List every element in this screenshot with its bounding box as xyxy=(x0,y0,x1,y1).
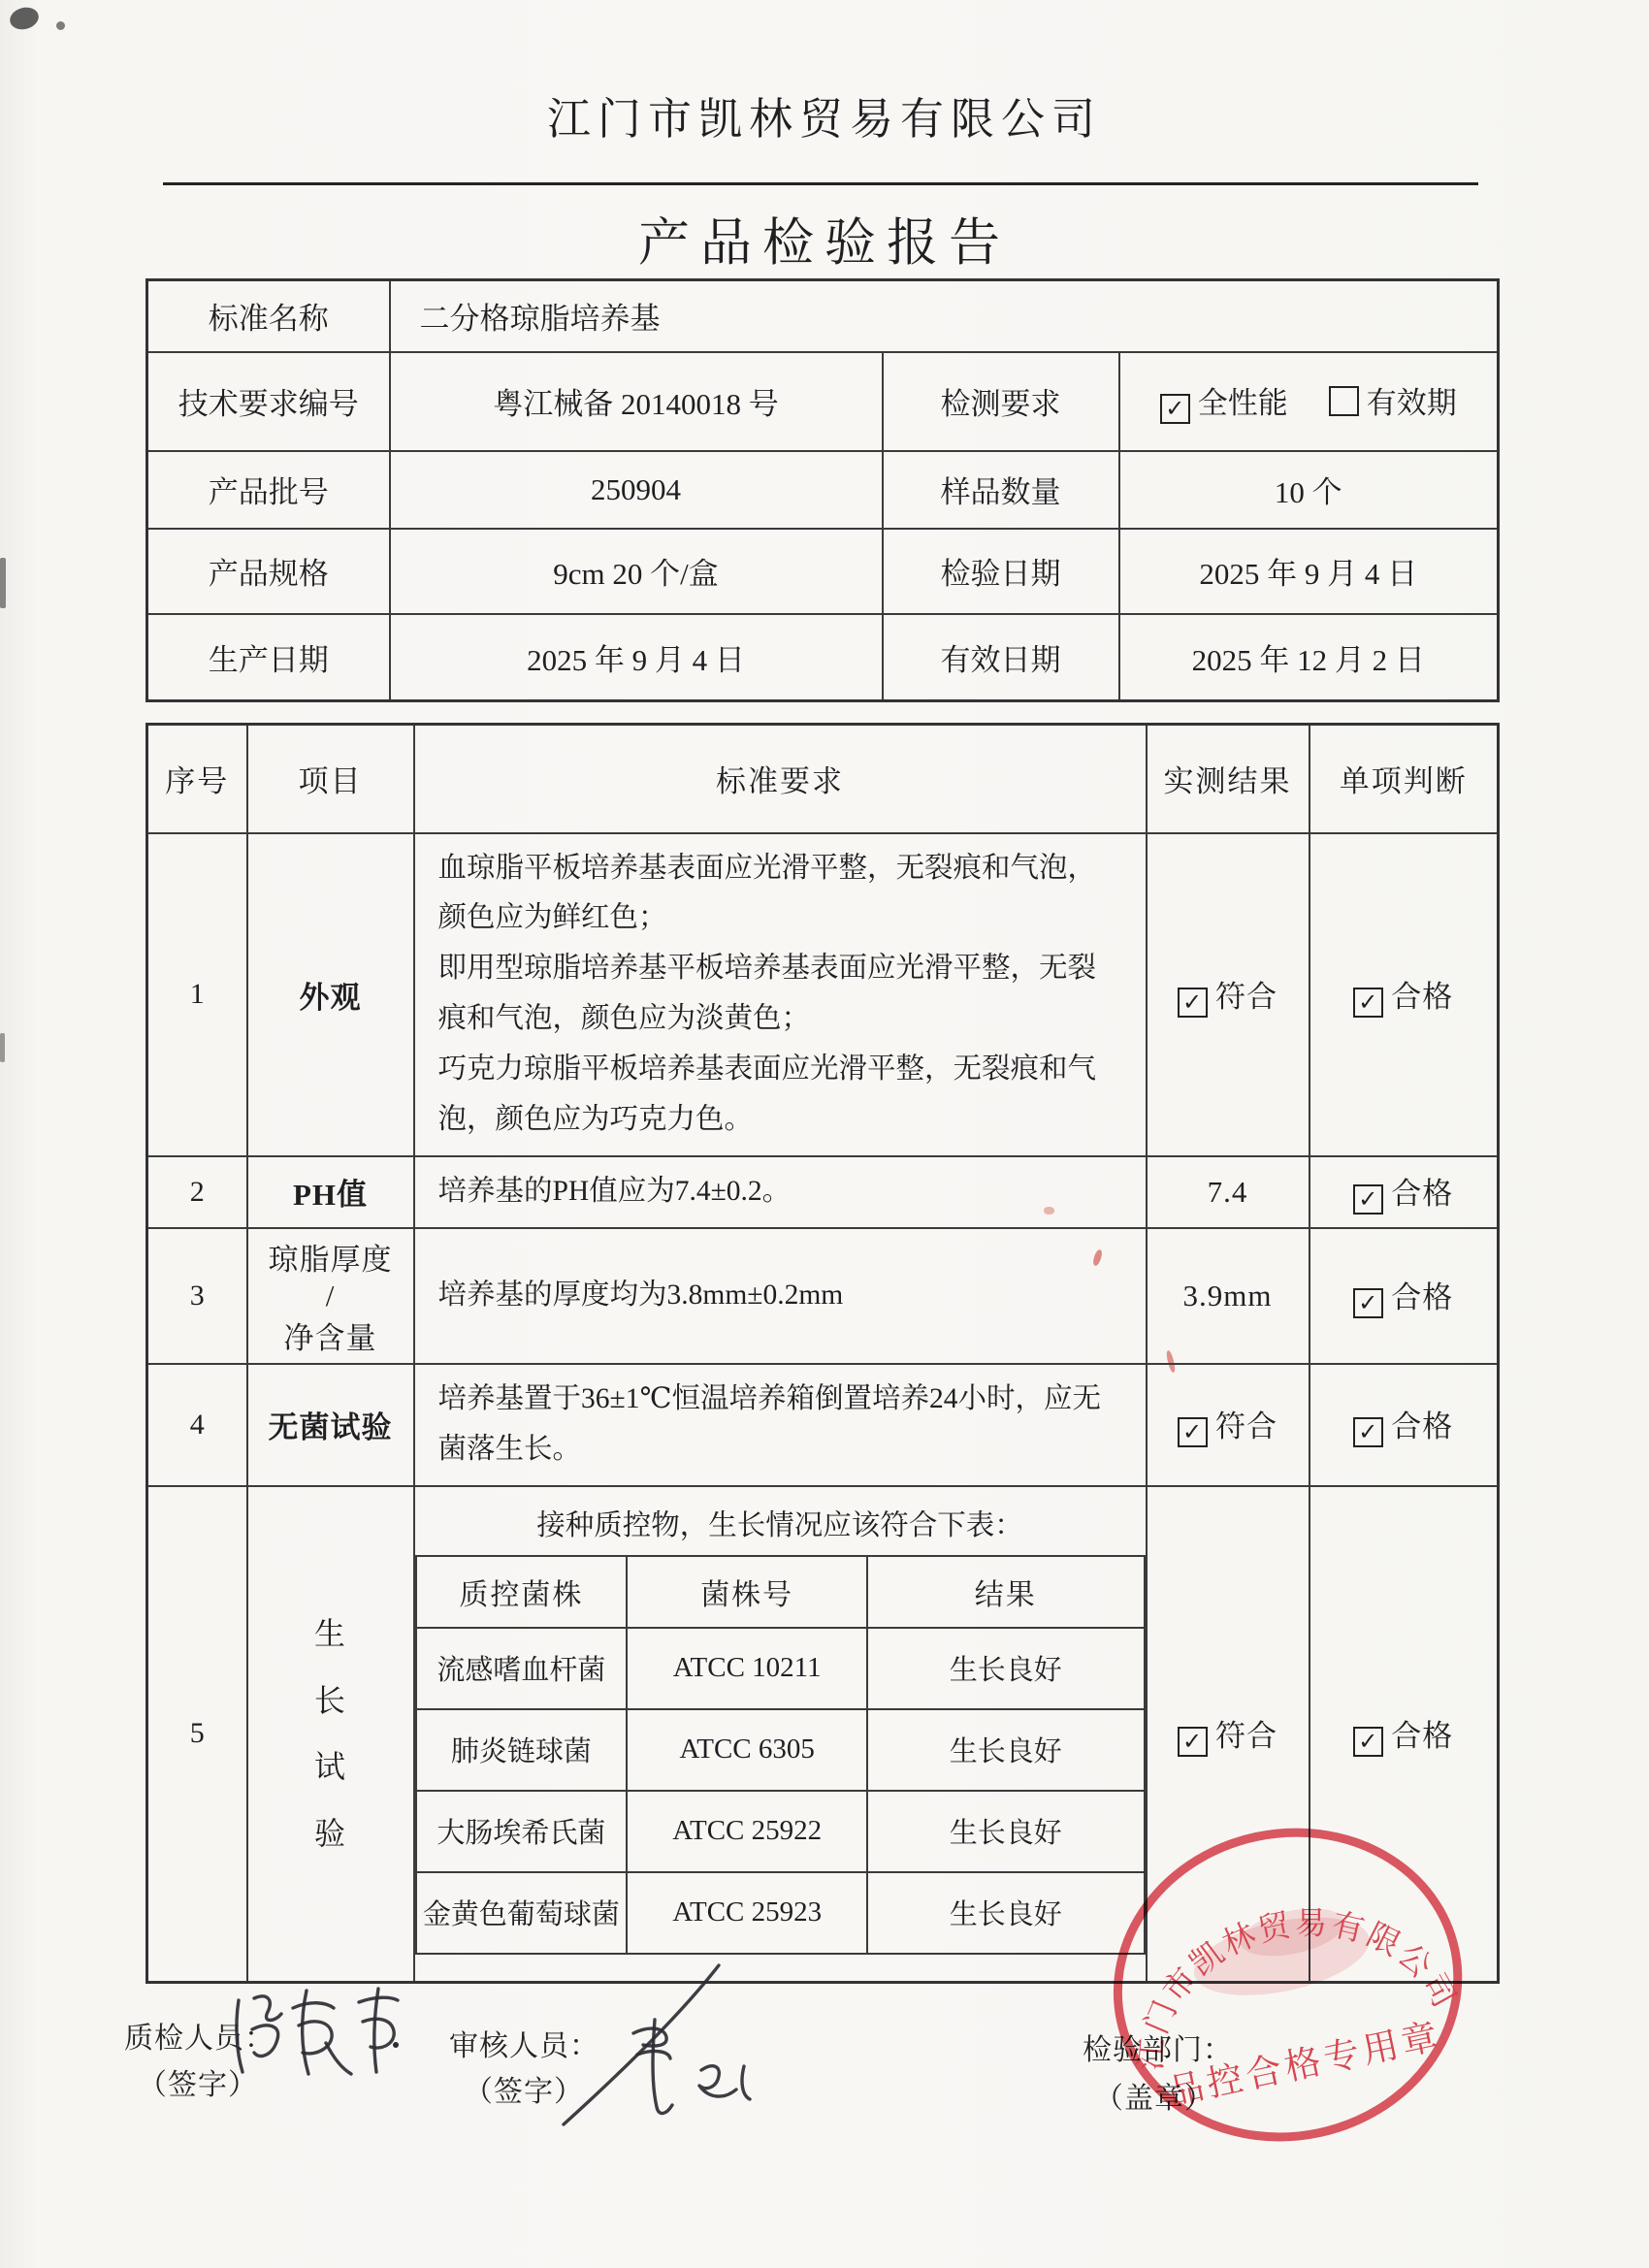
field-value: 二分格琼脂培养基 xyxy=(390,280,1499,352)
judgement-result: ✓合格 xyxy=(1309,833,1499,1156)
table-row: 2 PH值 培养基的PH值应为7.4±0.2。 7.4 ✓合格 xyxy=(147,1156,1499,1228)
table-row: 标准名称 二分格琼脂培养基 xyxy=(147,280,1499,352)
field-label: 样品数量 xyxy=(883,451,1119,529)
row-number: 4 xyxy=(147,1364,247,1486)
table-header-row: 序号 项目 标准要求 实测结果 单项判断 xyxy=(147,725,1499,833)
stamp-center-text: 品控合格专用章 xyxy=(1164,2016,1444,2114)
product-info-table: 标准名称 二分格琼脂培养基 技术要求编号 粤江械备 20140018 号 检测要… xyxy=(145,278,1500,702)
requirement-text: 血琼脂平板培养基表面应光滑平整，无裂痕和气泡，颜色应为鲜红色； 即用型琼脂培养基… xyxy=(414,833,1147,1156)
item-name: 外观 xyxy=(247,833,414,1156)
item-name: 生长试验 xyxy=(247,1486,414,1983)
requirement-text: 培养基的PH值应为7.4±0.2。 xyxy=(414,1156,1147,1228)
field-label: 有效日期 xyxy=(883,614,1119,701)
column-header: 单项判断 xyxy=(1309,725,1499,833)
measured-result: 3.9mm xyxy=(1147,1228,1309,1364)
field-label: 检验日期 xyxy=(883,529,1119,614)
field-value: 250904 xyxy=(390,451,883,529)
table-row: 大肠埃希氏菌 ATCC 25922 生长良好 xyxy=(416,1791,1145,1872)
checkbox-checked-icon: ✓ xyxy=(1353,1184,1383,1215)
field-value: 9cm 20 个/盒 xyxy=(390,529,883,614)
requirement-text: 培养基的厚度均为3.8mm±0.2mm xyxy=(414,1228,1147,1364)
requirement-text: 培养基置于36±1℃恒温培养箱倒置培养24小时，应无菌落生长。 xyxy=(414,1364,1147,1486)
scan-artifact xyxy=(8,4,42,32)
field-label: 标准名称 xyxy=(147,280,390,352)
measured-result: ✓符合 xyxy=(1147,833,1309,1156)
column-header: 序号 xyxy=(147,725,247,833)
judgement-result: ✓合格 xyxy=(1309,1228,1499,1364)
reviewer-signature xyxy=(529,1961,766,2138)
table-row: 肺炎链球菌 ATCC 6305 生长良好 xyxy=(416,1709,1145,1791)
column-header: 菌株号 xyxy=(627,1556,867,1628)
row-number: 2 xyxy=(147,1156,247,1228)
row-number: 5 xyxy=(147,1486,247,1983)
field-label: 检测要求 xyxy=(883,352,1119,451)
checkbox-checked-icon: ✓ xyxy=(1178,1417,1208,1447)
strain-code: ATCC 10211 xyxy=(627,1628,867,1709)
requirement-text: 接种质控物，生长情况应该符合下表： xyxy=(415,1487,1146,1555)
checkbox-checked-icon: ✓ xyxy=(1353,988,1383,1018)
table-header-row: 质控菌株 菌株号 结果 xyxy=(416,1556,1145,1628)
scan-artifact xyxy=(56,21,65,30)
strain-name: 肺炎链球菌 xyxy=(416,1709,628,1791)
checkbox-label: 有效期 xyxy=(1367,386,1457,420)
qc-signature xyxy=(225,1979,404,2088)
field-value: 2025 年 12 月 2 日 xyxy=(1119,614,1499,701)
item-name: PH值 xyxy=(247,1156,414,1228)
report-title: 产品检验报告 xyxy=(0,202,1649,275)
scan-artifact xyxy=(0,558,6,608)
checkbox-checked-icon: ✓ xyxy=(1353,1727,1383,1757)
judgement-result: ✓合格 xyxy=(1309,1364,1499,1486)
checkbox-checked-icon: ✓ xyxy=(1353,1288,1383,1318)
strain-code: ATCC 25923 xyxy=(627,1872,867,1954)
strain-name: 大肠埃希氏菌 xyxy=(416,1791,628,1872)
column-header: 结果 xyxy=(867,1556,1144,1628)
table-row: 产品规格 9cm 20 个/盒 检验日期 2025 年 9 月 4 日 xyxy=(147,529,1499,614)
field-label: 生产日期 xyxy=(147,614,390,701)
field-label: 产品规格 xyxy=(147,529,390,614)
item-name: 琼脂厚度 / 净含量 xyxy=(247,1228,414,1364)
checkbox-checked-icon: ✓ xyxy=(1178,988,1208,1018)
field-value: ✓全性能有效期 xyxy=(1119,352,1499,451)
company-title: 江门市凯林贸易有限公司 xyxy=(0,83,1649,146)
strain-code: ATCC 25922 xyxy=(627,1791,867,1872)
checkbox-checked-icon: ✓ xyxy=(1178,1727,1208,1757)
inspection-report-page: 江门市凯林贸易有限公司 产品检验报告 标准名称 二分格琼脂培养基 技术要求编号 … xyxy=(0,0,1649,2268)
qc-approval-stamp: 江门市凯林贸易有限公司 品控合格专用章 xyxy=(1098,1793,1478,2173)
checkbox-unchecked-icon xyxy=(1329,386,1359,416)
strain-result: 生长良好 xyxy=(867,1628,1144,1709)
growth-test-inner-table: 质控菌株 菌株号 结果 流感嗜血杆菌 ATCC 10211 生长良好 肺炎链球菌… xyxy=(415,1555,1146,1955)
table-row: 流感嗜血杆菌 ATCC 10211 生长良好 xyxy=(416,1628,1145,1709)
measured-result: 7.4 xyxy=(1147,1156,1309,1228)
column-header: 实测结果 xyxy=(1147,725,1309,833)
scan-artifact xyxy=(0,1033,5,1062)
table-row: 3 琼脂厚度 / 净含量 培养基的厚度均为3.8mm±0.2mm 3.9mm ✓… xyxy=(147,1228,1499,1364)
strain-code: ATCC 6305 xyxy=(627,1709,867,1791)
checkbox-label: 全性能 xyxy=(1198,386,1288,420)
row-number: 1 xyxy=(147,833,247,1156)
requirement-cell: 接种质控物，生长情况应该符合下表： 质控菌株 菌株号 结果 流感嗜血杆菌 ATC… xyxy=(414,1486,1147,1983)
strain-result: 生长良好 xyxy=(867,1709,1144,1791)
checkbox-checked-icon: ✓ xyxy=(1353,1417,1383,1447)
strain-name: 金黄色葡萄球菌 xyxy=(416,1872,628,1954)
column-header: 标准要求 xyxy=(414,725,1147,833)
checkbox-checked-icon: ✓ xyxy=(1160,394,1190,424)
field-value: 2025 年 9 月 4 日 xyxy=(1119,529,1499,614)
column-header: 项目 xyxy=(247,725,414,833)
row-number: 3 xyxy=(147,1228,247,1364)
table-row: 产品批号 250904 样品数量 10 个 xyxy=(147,451,1499,529)
item-name: 无菌试验 xyxy=(247,1364,414,1486)
measured-result: ✓符合 xyxy=(1147,1364,1309,1486)
field-value: 2025 年 9 月 4 日 xyxy=(390,614,883,701)
table-row: 技术要求编号 粤江械备 20140018 号 检测要求 ✓全性能有效期 xyxy=(147,352,1499,451)
field-label: 技术要求编号 xyxy=(147,352,390,451)
table-row: 4 无菌试验 培养基置于36±1℃恒温培养箱倒置培养24小时，应无菌落生长。 ✓… xyxy=(147,1364,1499,1486)
field-value: 10 个 xyxy=(1119,451,1499,529)
table-row: 1 外观 血琼脂平板培养基表面应光滑平整，无裂痕和气泡，颜色应为鲜红色； 即用型… xyxy=(147,833,1499,1156)
table-row: 金黄色葡萄球菌 ATCC 25923 生长良好 xyxy=(416,1872,1145,1954)
column-header: 质控菌株 xyxy=(416,1556,628,1628)
title-divider xyxy=(163,182,1478,185)
field-value: 粤江械备 20140018 号 xyxy=(390,352,883,451)
table-row: 生产日期 2025 年 9 月 4 日 有效日期 2025 年 12 月 2 日 xyxy=(147,614,1499,701)
judgement-result: ✓合格 xyxy=(1309,1156,1499,1228)
strain-name: 流感嗜血杆菌 xyxy=(416,1628,628,1709)
field-label: 产品批号 xyxy=(147,451,390,529)
